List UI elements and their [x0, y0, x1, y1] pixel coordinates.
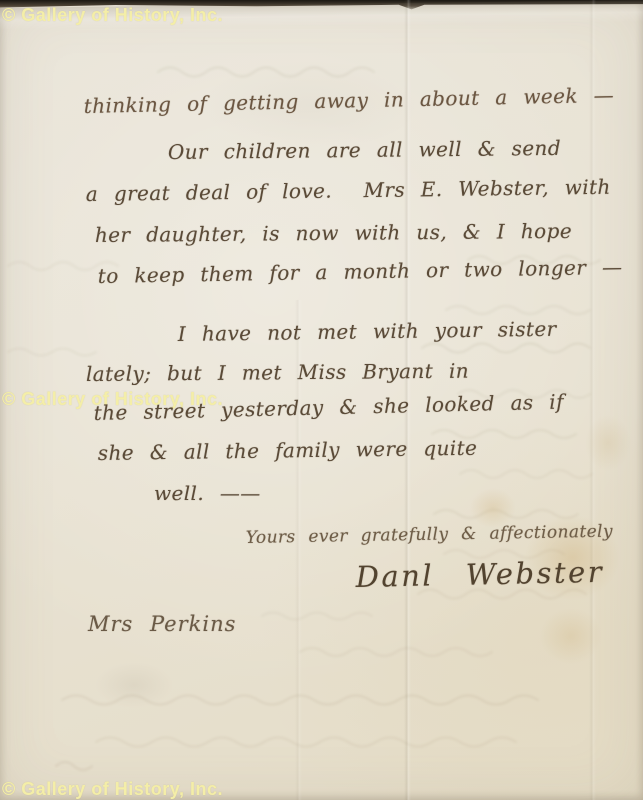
letter-line: she & all the family were quite — [98, 436, 478, 465]
scanned-letter-page: © Gallery of History, Inc. © Gallery of … — [0, 0, 643, 800]
addressee-line: Mrs Perkins — [88, 612, 236, 636]
letter-line: to keep them for a month or two longer — — [98, 255, 623, 288]
watermark-text: © Gallery of History, Inc. — [2, 779, 223, 800]
paper-stain — [95, 662, 173, 708]
watermark-text: © Gallery of History, Inc. — [2, 5, 223, 26]
letter-line: Our children are all well & send — [168, 136, 561, 164]
letter-line: I have not met with your sister — [178, 317, 557, 346]
paper-stain — [470, 488, 516, 528]
letter-line: well. —— — [154, 481, 261, 505]
signature-daniel-webster: Danl Webster — [355, 555, 604, 594]
letter-line: lately; but I met Miss Bryant in — [86, 359, 469, 386]
fold-crease-vertical — [589, 0, 596, 800]
letter-line: thinking of getting away in about a week… — [83, 83, 614, 118]
letter-line: her daughter, is now with us, & I hope — [95, 219, 572, 247]
letter-line: a great deal of love. Mrs E. Webster, wi… — [86, 175, 611, 206]
